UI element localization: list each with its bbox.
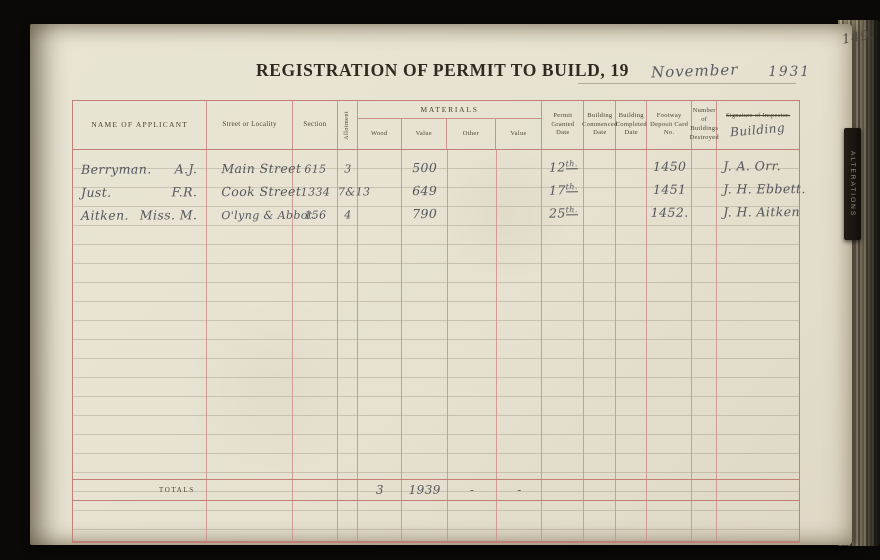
street: Main Street bbox=[207, 161, 293, 177]
scan-background: ALTERATIONS 149. REGISTRATION OF PERMIT … bbox=[0, 0, 880, 560]
totals-value2: - bbox=[497, 483, 543, 497]
alterations-tab: ALTERATIONS bbox=[844, 128, 861, 240]
header-value-2: Value bbox=[496, 119, 541, 149]
allotment-number: 3 bbox=[338, 162, 358, 176]
header-signature-of-inspector: Signature of Inspector. Building bbox=[717, 101, 799, 149]
allotment-number: 4 bbox=[338, 208, 358, 222]
section-number: 156 bbox=[293, 209, 338, 223]
value-cell: 500 bbox=[402, 160, 448, 176]
totals-value: 1939 bbox=[402, 483, 448, 497]
signature-header-handwritten-note: Building bbox=[730, 119, 786, 140]
footway-card-number: 1450 bbox=[647, 159, 692, 175]
section-number: 1334 bbox=[293, 186, 338, 200]
header-allotment: Allotment bbox=[338, 101, 358, 149]
alterations-tab-label: ALTERATIONS bbox=[849, 151, 856, 217]
materials-subheaders: Wood Value Other Value bbox=[358, 119, 541, 149]
footway-card-number: 1451 bbox=[647, 182, 692, 198]
table-header-row: NAME OF APPLICANT Street or Locality Sec… bbox=[73, 101, 799, 150]
title-printed: REGISTRATION OF PERMIT TO BUILD, 19 bbox=[256, 60, 629, 81]
header-other: Other bbox=[447, 119, 496, 149]
header-value-1: Value bbox=[402, 119, 447, 149]
entries: Berryman. A.J. Main Street 615 3 500 12t… bbox=[73, 153, 799, 222]
permit-register-table: NAME OF APPLICANT Street or Locality Sec… bbox=[72, 100, 800, 543]
title-month-handwritten: November bbox=[651, 60, 739, 81]
inspector-signature: J. A. Orr. bbox=[717, 158, 799, 174]
header-wood: Wood bbox=[358, 119, 402, 149]
street: O'lyng & Abbot. bbox=[207, 209, 293, 223]
title-rule bbox=[578, 83, 796, 84]
header-section: Section bbox=[293, 101, 338, 149]
header-buildings-destroyed: Number of Buildings Destroyed bbox=[692, 101, 717, 149]
header-materials: MATERIALS bbox=[358, 101, 541, 119]
header-name-of-applicant: NAME OF APPLICANT bbox=[73, 101, 207, 149]
header-building-completed-date: Building Completed Date bbox=[616, 101, 647, 149]
totals-other: - bbox=[448, 483, 497, 497]
table-body: Berryman. A.J. Main Street 615 3 500 12t… bbox=[73, 150, 799, 542]
permit-granted-date: 12th. bbox=[542, 159, 584, 175]
street: Cook Street bbox=[207, 184, 293, 200]
entry-row-3: Aitken. Miss. M. O'lyng & Abbot. 156 4 7… bbox=[73, 197, 799, 224]
value-cell: 649 bbox=[402, 183, 448, 199]
header-materials-group: MATERIALS Wood Value Other Value bbox=[358, 101, 542, 149]
applicant-name: Aitken. Miss. M. bbox=[73, 207, 207, 224]
header-street-or-locality: Street or Locality bbox=[207, 101, 293, 149]
header-permit-granted-date: Permit Granted Date bbox=[542, 101, 584, 149]
footway-card-number: 1452. bbox=[647, 205, 692, 221]
applicant-name: Berryman. A.J. bbox=[73, 161, 207, 178]
header-building-commenced-date: Building Commenced Date bbox=[584, 101, 616, 149]
permit-granted-date: 17th. bbox=[542, 182, 584, 198]
title-year-handwritten: 1931 bbox=[768, 64, 810, 80]
value-cell: 790 bbox=[402, 206, 448, 222]
applicant-name: Just. F.R. bbox=[73, 184, 207, 201]
ledger-page: 149. REGISTRATION OF PERMIT TO BUILD, 19… bbox=[30, 24, 852, 545]
inspector-signature: J. H. Aitken bbox=[717, 204, 799, 220]
permit-granted-date: 25th. bbox=[542, 205, 584, 221]
page-title: REGISTRATION OF PERMIT TO BUILD, 19 Nove… bbox=[256, 60, 811, 81]
section-number: 615 bbox=[293, 163, 338, 177]
inspector-signature: J. H. Ebbett. bbox=[717, 181, 799, 197]
totals-label: TOTALS bbox=[73, 486, 207, 494]
totals-wood: 3 bbox=[358, 483, 402, 497]
totals-row: TOTALS 3 1939 - - bbox=[73, 479, 799, 501]
allotment-number: 7&13 bbox=[338, 185, 358, 199]
header-footway-deposit-card: Footway Deposit Card No. bbox=[647, 101, 692, 149]
